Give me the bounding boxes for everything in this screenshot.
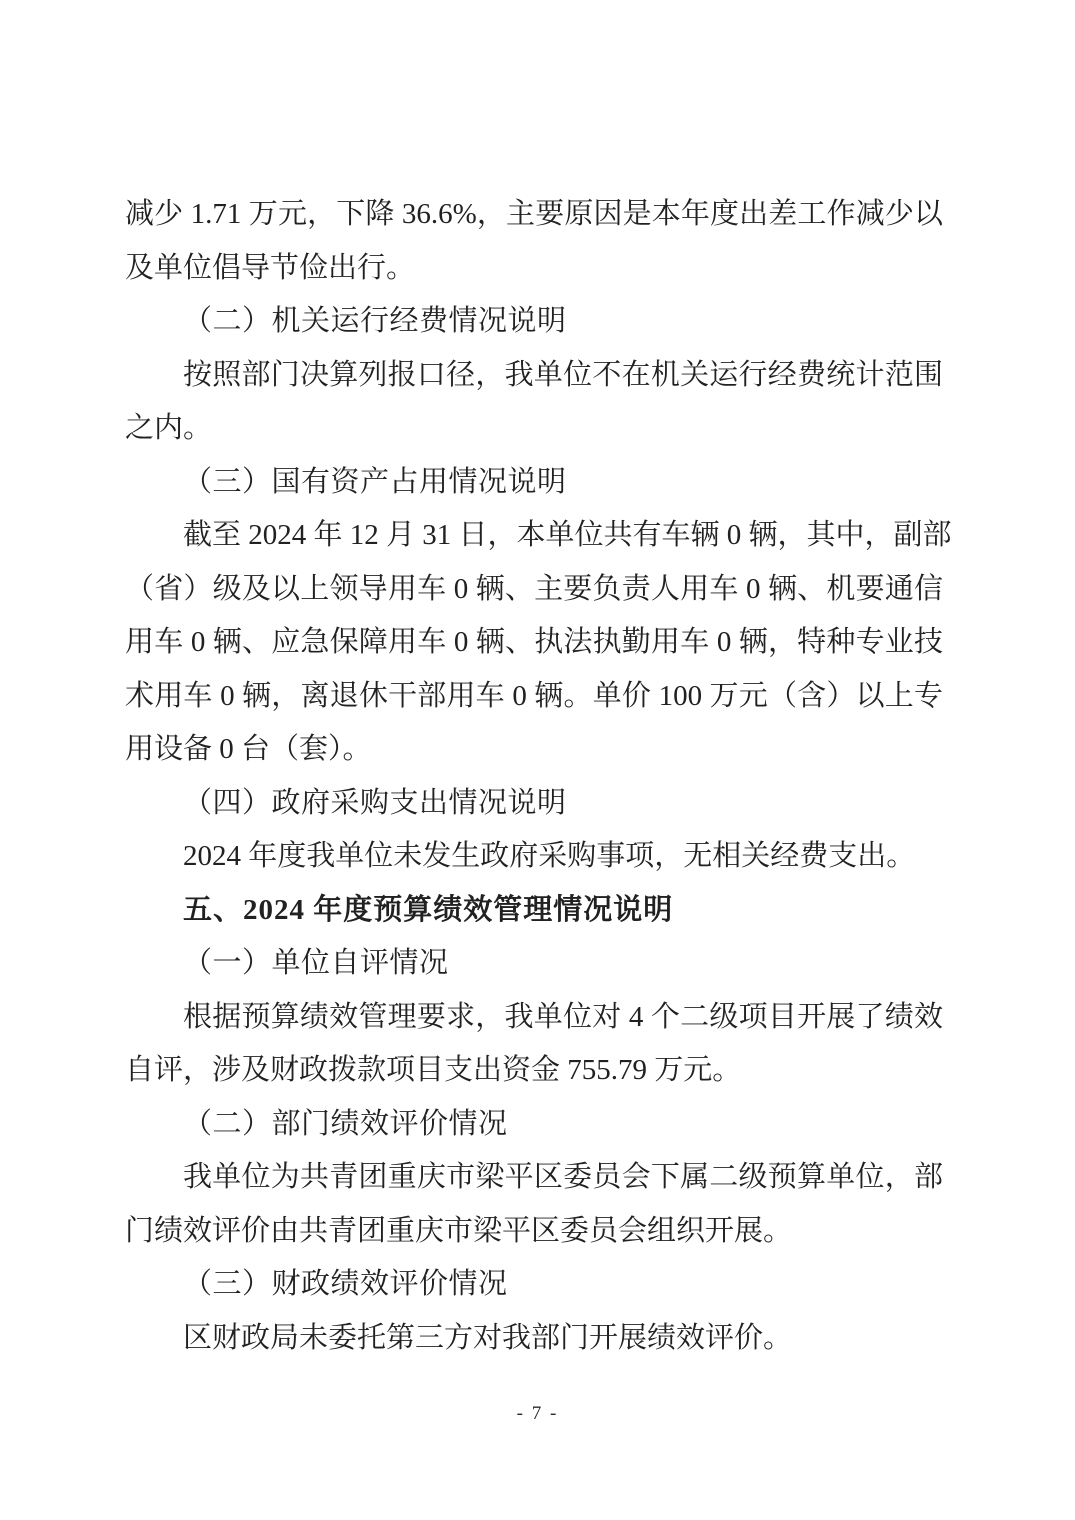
body-text-line: 之内。: [125, 402, 943, 456]
subsection-heading-line: （一）单位自评情况: [125, 937, 943, 991]
subsection-heading-line: （三）国有资产占用情况说明: [125, 456, 943, 510]
body-text-line: 2024 年度我单位未发生政府采购事项，无相关经费支出。: [125, 830, 943, 884]
body-text-line: 截至 2024 年 12 月 31 日，本单位共有车辆 0 辆，其中，副部: [125, 509, 943, 563]
body-text-line: 我单位为共青团重庆市梁平区委员会下属二级预算单位，部: [125, 1151, 943, 1205]
body-text-line: 根据预算绩效管理要求，我单位对 4 个二级项目开展了绩效: [125, 991, 943, 1045]
document-body: 减少 1.71 万元，下降 36.6%，主要原因是本年度出差工作减少以及单位倡导…: [125, 188, 943, 1365]
subsection-heading-line: （二）部门绩效评价情况: [125, 1098, 943, 1152]
body-text-line: 术用车 0 辆，离退休干部用车 0 辆。单价 100 万元（含）以上专: [125, 670, 943, 724]
page-number: - 7 -: [0, 1402, 1075, 1426]
subsection-heading-line: （二）机关运行经费情况说明: [125, 295, 943, 349]
body-text-line: 按照部门决算列报口径，我单位不在机关运行经费统计范围: [125, 349, 943, 403]
document-page: 减少 1.71 万元，下降 36.6%，主要原因是本年度出差工作减少以及单位倡导…: [0, 0, 1075, 1520]
body-text-line: 自评，涉及财政拨款项目支出资金 755.79 万元。: [125, 1044, 943, 1098]
body-text-line: 减少 1.71 万元，下降 36.6%，主要原因是本年度出差工作减少以: [125, 188, 943, 242]
body-text-line: 及单位倡导节俭出行。: [125, 242, 943, 296]
body-text-line: 门绩效评价由共青团重庆市梁平区委员会组织开展。: [125, 1205, 943, 1259]
subsection-heading-line: （三）财政绩效评价情况: [125, 1258, 943, 1312]
body-text-line: 区财政局未委托第三方对我部门开展绩效评价。: [125, 1312, 943, 1366]
body-text-line: （省）级及以上领导用车 0 辆、主要负责人用车 0 辆、机要通信: [125, 563, 943, 617]
section-heading-line: 五、2024 年度预算绩效管理情况说明: [125, 884, 943, 938]
subsection-heading-line: （四）政府采购支出情况说明: [125, 777, 943, 831]
body-text-line: 用车 0 辆、应急保障用车 0 辆、执法执勤用车 0 辆，特种专业技: [125, 616, 943, 670]
body-text-line: 用设备 0 台（套）。: [125, 723, 943, 777]
